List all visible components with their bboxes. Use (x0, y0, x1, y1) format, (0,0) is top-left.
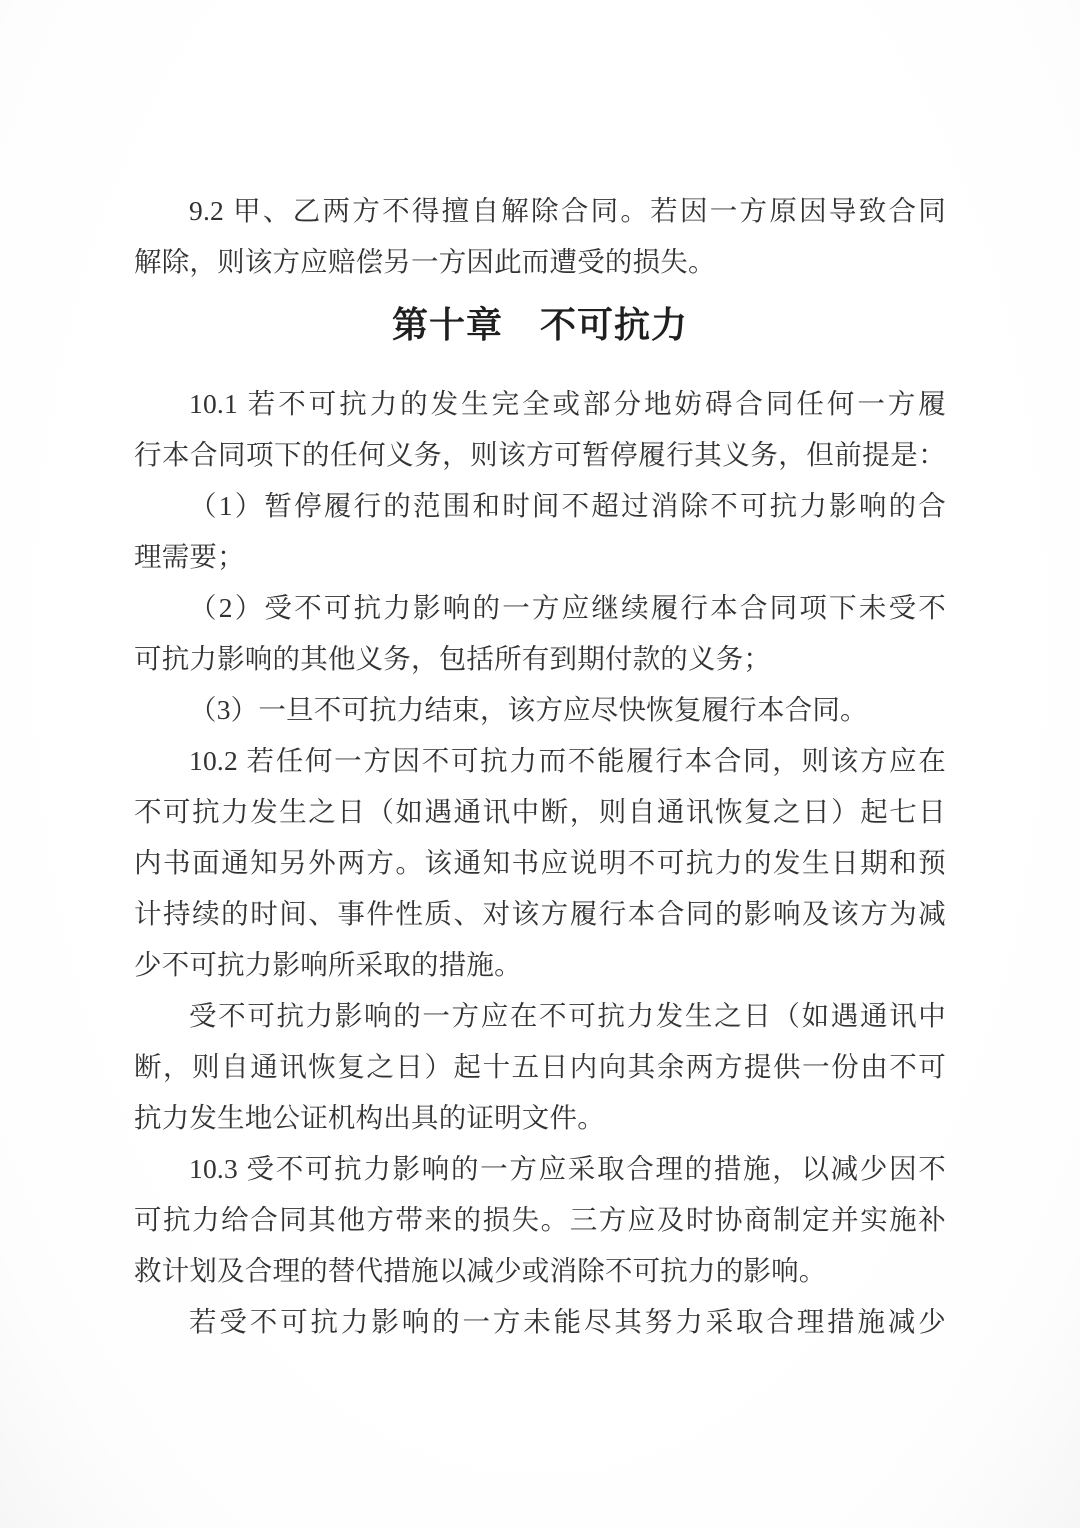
clause-paragraph: （3）一旦不可抗力结束，该方应尽快恢复履行本合同。 (134, 684, 946, 735)
text-line: 内书面通知另外两方。该通知书应说明不可抗力的发生日期和预 (134, 837, 946, 888)
text-line: 受不可抗力影响的一方应在不可抗力发生之日（如遇通讯中 (134, 990, 946, 1041)
text-line: 断，则自通讯恢复之日）起十五日内向其余两方提供一份由不可 (134, 1041, 946, 1092)
chapter-heading: 第十章 不可抗力 (134, 303, 946, 349)
page-body: 9.2 甲、乙两方不得擅自解除合同。若因一方原因导致合同解除，则该方应赔偿另一方… (134, 185, 946, 1347)
text-line: 解除，则该方应赔偿另一方因此而遭受的损失。 (134, 236, 946, 287)
text-line: 9.2 甲、乙两方不得擅自解除合同。若因一方原因导致合同 (134, 185, 946, 236)
clause-paragraph: （1）暂停履行的范围和时间不超过消除不可抗力影响的合理需要； (134, 480, 946, 582)
text-line: （1）暂停履行的范围和时间不超过消除不可抗力影响的合 (134, 480, 946, 531)
text-line: 不可抗力发生之日（如遇通讯中断，则自通讯恢复之日）起七日 (134, 786, 946, 837)
clause-paragraph: 10.3 受不可抗力影响的一方应采取合理的措施，以减少因不可抗力给合同其他方带来… (134, 1143, 946, 1296)
clause-paragraph: 10.2 若任何一方因不可抗力而不能履行本合同，则该方应在不可抗力发生之日（如遇… (134, 735, 946, 990)
text-line: 10.2 若任何一方因不可抗力而不能履行本合同，则该方应在 (134, 735, 946, 786)
text-line: （3）一旦不可抗力结束，该方应尽快恢复履行本合同。 (134, 684, 946, 735)
text-line: 抗力发生地公证机构出具的证明文件。 (134, 1092, 946, 1143)
clause-paragraph: 若受不可抗力影响的一方未能尽其努力采取合理措施减少 (134, 1296, 946, 1347)
clause-paragraph: 受不可抗力影响的一方应在不可抗力发生之日（如遇通讯中断，则自通讯恢复之日）起十五… (134, 990, 946, 1143)
text-line: 10.3 受不可抗力影响的一方应采取合理的措施，以减少因不 (134, 1143, 946, 1194)
clause-paragraph: 10.1 若不可抗力的发生完全或部分地妨碍合同任何一方履行本合同项下的任何义务，… (134, 378, 946, 480)
text-line: 行本合同项下的任何义务，则该方可暂停履行其义务，但前提是： (134, 429, 946, 480)
clause-paragraph: （2）受不可抗力影响的一方应继续履行本合同项下未受不可抗力影响的其他义务，包括所… (134, 582, 946, 684)
text-line: 理需要； (134, 531, 946, 582)
text-line: 救计划及合理的替代措施以减少或消除不可抗力的影响。 (134, 1245, 946, 1296)
text-line: 计持续的时间、事件性质、对该方履行本合同的影响及该方为减 (134, 888, 946, 939)
text-line: 10.1 若不可抗力的发生完全或部分地妨碍合同任何一方履 (134, 378, 946, 429)
text-line: 少不可抗力影响所采取的措施。 (134, 939, 946, 990)
contract-page: 9.2 甲、乙两方不得擅自解除合同。若因一方原因导致合同解除，则该方应赔偿另一方… (0, 0, 1080, 1528)
text-line: （2）受不可抗力影响的一方应继续履行本合同项下未受不 (134, 582, 946, 633)
text-line: 可抗力给合同其他方带来的损失。三方应及时协商制定并实施补 (134, 1194, 946, 1245)
clause-paragraph: 9.2 甲、乙两方不得擅自解除合同。若因一方原因导致合同解除，则该方应赔偿另一方… (134, 185, 946, 287)
text-line: 若受不可抗力影响的一方未能尽其努力采取合理措施减少 (134, 1296, 946, 1347)
text-line: 可抗力影响的其他义务，包括所有到期付款的义务； (134, 633, 946, 684)
